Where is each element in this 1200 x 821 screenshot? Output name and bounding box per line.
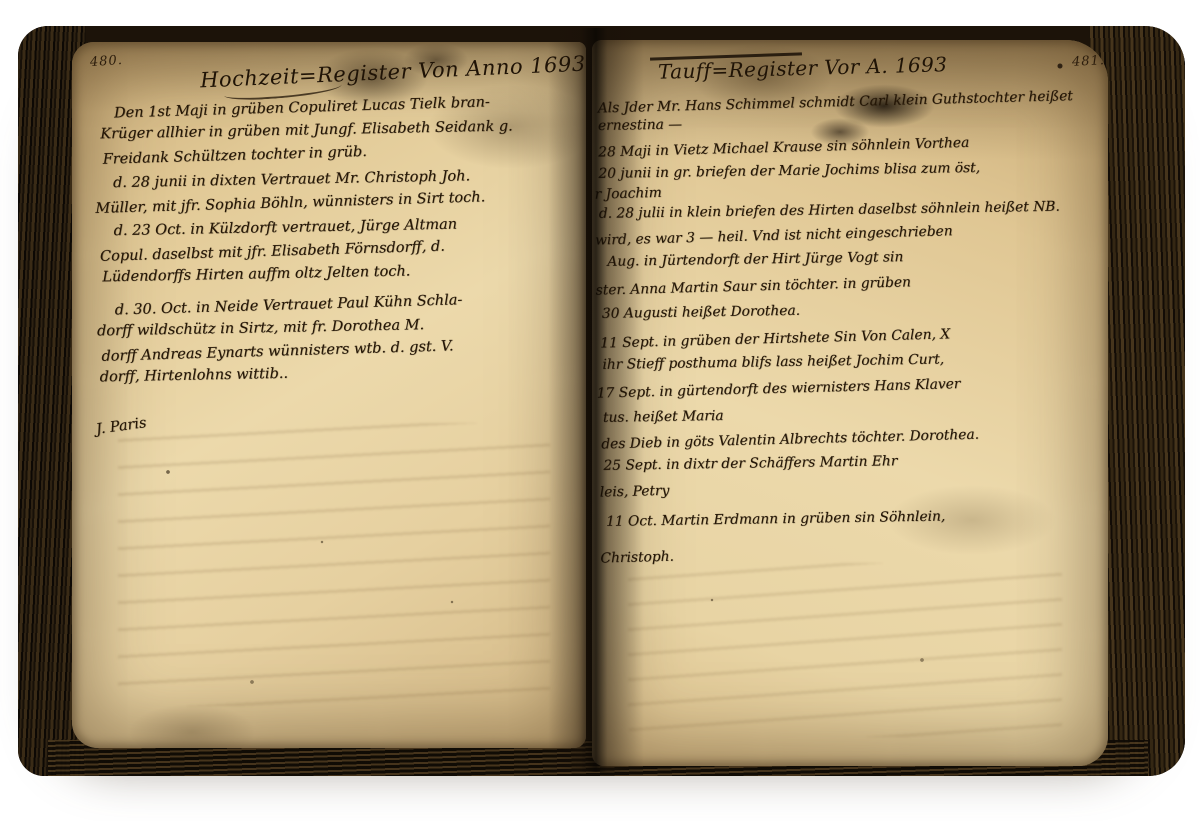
left-page-text: Den 1st Maji in grüben Copuliret Lucas T… bbox=[98, 93, 564, 413]
book-photo: 480. Hochzeit=Register Von Anno 1693 Den… bbox=[0, 0, 1200, 821]
right-page-number: 481. bbox=[1072, 53, 1106, 70]
manuscript-line: Christoph. bbox=[600, 533, 1102, 570]
manuscript-line: 11 Oct. Martin Erdmann in grüben sin Söh… bbox=[606, 502, 1102, 534]
left-page-number: 480. bbox=[90, 53, 124, 70]
right-page: Tauff=Register Vor A. 1693 Als Jder Mr. … bbox=[592, 40, 1108, 766]
left-page: 480. Hochzeit=Register Von Anno 1693 Den… bbox=[72, 42, 586, 748]
right-page-text: Als Jder Mr. Hans Schimmel schmidt Carl … bbox=[598, 87, 1103, 566]
